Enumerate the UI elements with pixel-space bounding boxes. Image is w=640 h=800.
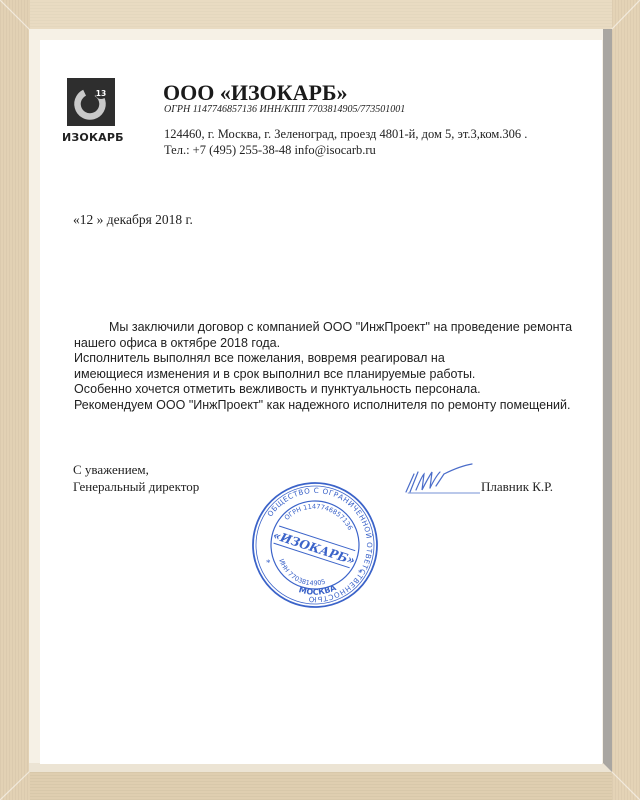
sign-off: С уважением, Генеральный директор — [73, 461, 199, 495]
closing-phrase: С уважением, — [73, 461, 199, 478]
handwritten-signature — [400, 462, 480, 497]
letter-date: «12 » декабря 2018 г. — [73, 212, 193, 228]
signer-name: Плавник К.Р. — [481, 479, 553, 495]
company-logo: 13 — [67, 78, 115, 126]
company-seal-stamp: ОБЩЕСТВО С ОГРАНИЧЕННОЙ ОТВЕТСТВЕННОСТЬЮ… — [250, 480, 380, 610]
signer-title: Генеральный директор — [73, 478, 199, 495]
company-registration: ОГРН 1147746857136 ИНН/КПП 7703814905/77… — [164, 104, 405, 115]
ring-13-icon: 13 — [67, 78, 115, 126]
svg-text:13: 13 — [96, 89, 106, 98]
company-address: 124460, г. Москва, г. Зеленоград, проезд… — [164, 126, 527, 142]
paragraph-politeness: Особенно хочется отметить вежливость и п… — [74, 382, 614, 398]
paragraph-contract: Мы заключили договор с компанией ООО "Ин… — [74, 320, 574, 351]
stamp-star-right: * — [358, 568, 363, 578]
company-name: ООО «ИЗОКАРБ» — [163, 80, 348, 106]
paragraph-recommendation: Рекомендуем ООО "ИнжПроект" как надежног… — [74, 398, 614, 414]
company-contacts: 124460, г. Москва, г. Зеленоград, проезд… — [164, 126, 527, 158]
letter-body: Мы заключили договор с компанией ООО "Ин… — [74, 320, 614, 414]
company-phone-email: Тел.: +7 (495) 255-38-48 info@isocarb.ru — [164, 142, 527, 158]
stamp-star-left: * — [266, 558, 271, 568]
paragraph-performance: Исполнитель выполнял все пожелания, вовр… — [74, 351, 514, 382]
logo-caption: ИЗОКАРБ — [62, 131, 122, 144]
